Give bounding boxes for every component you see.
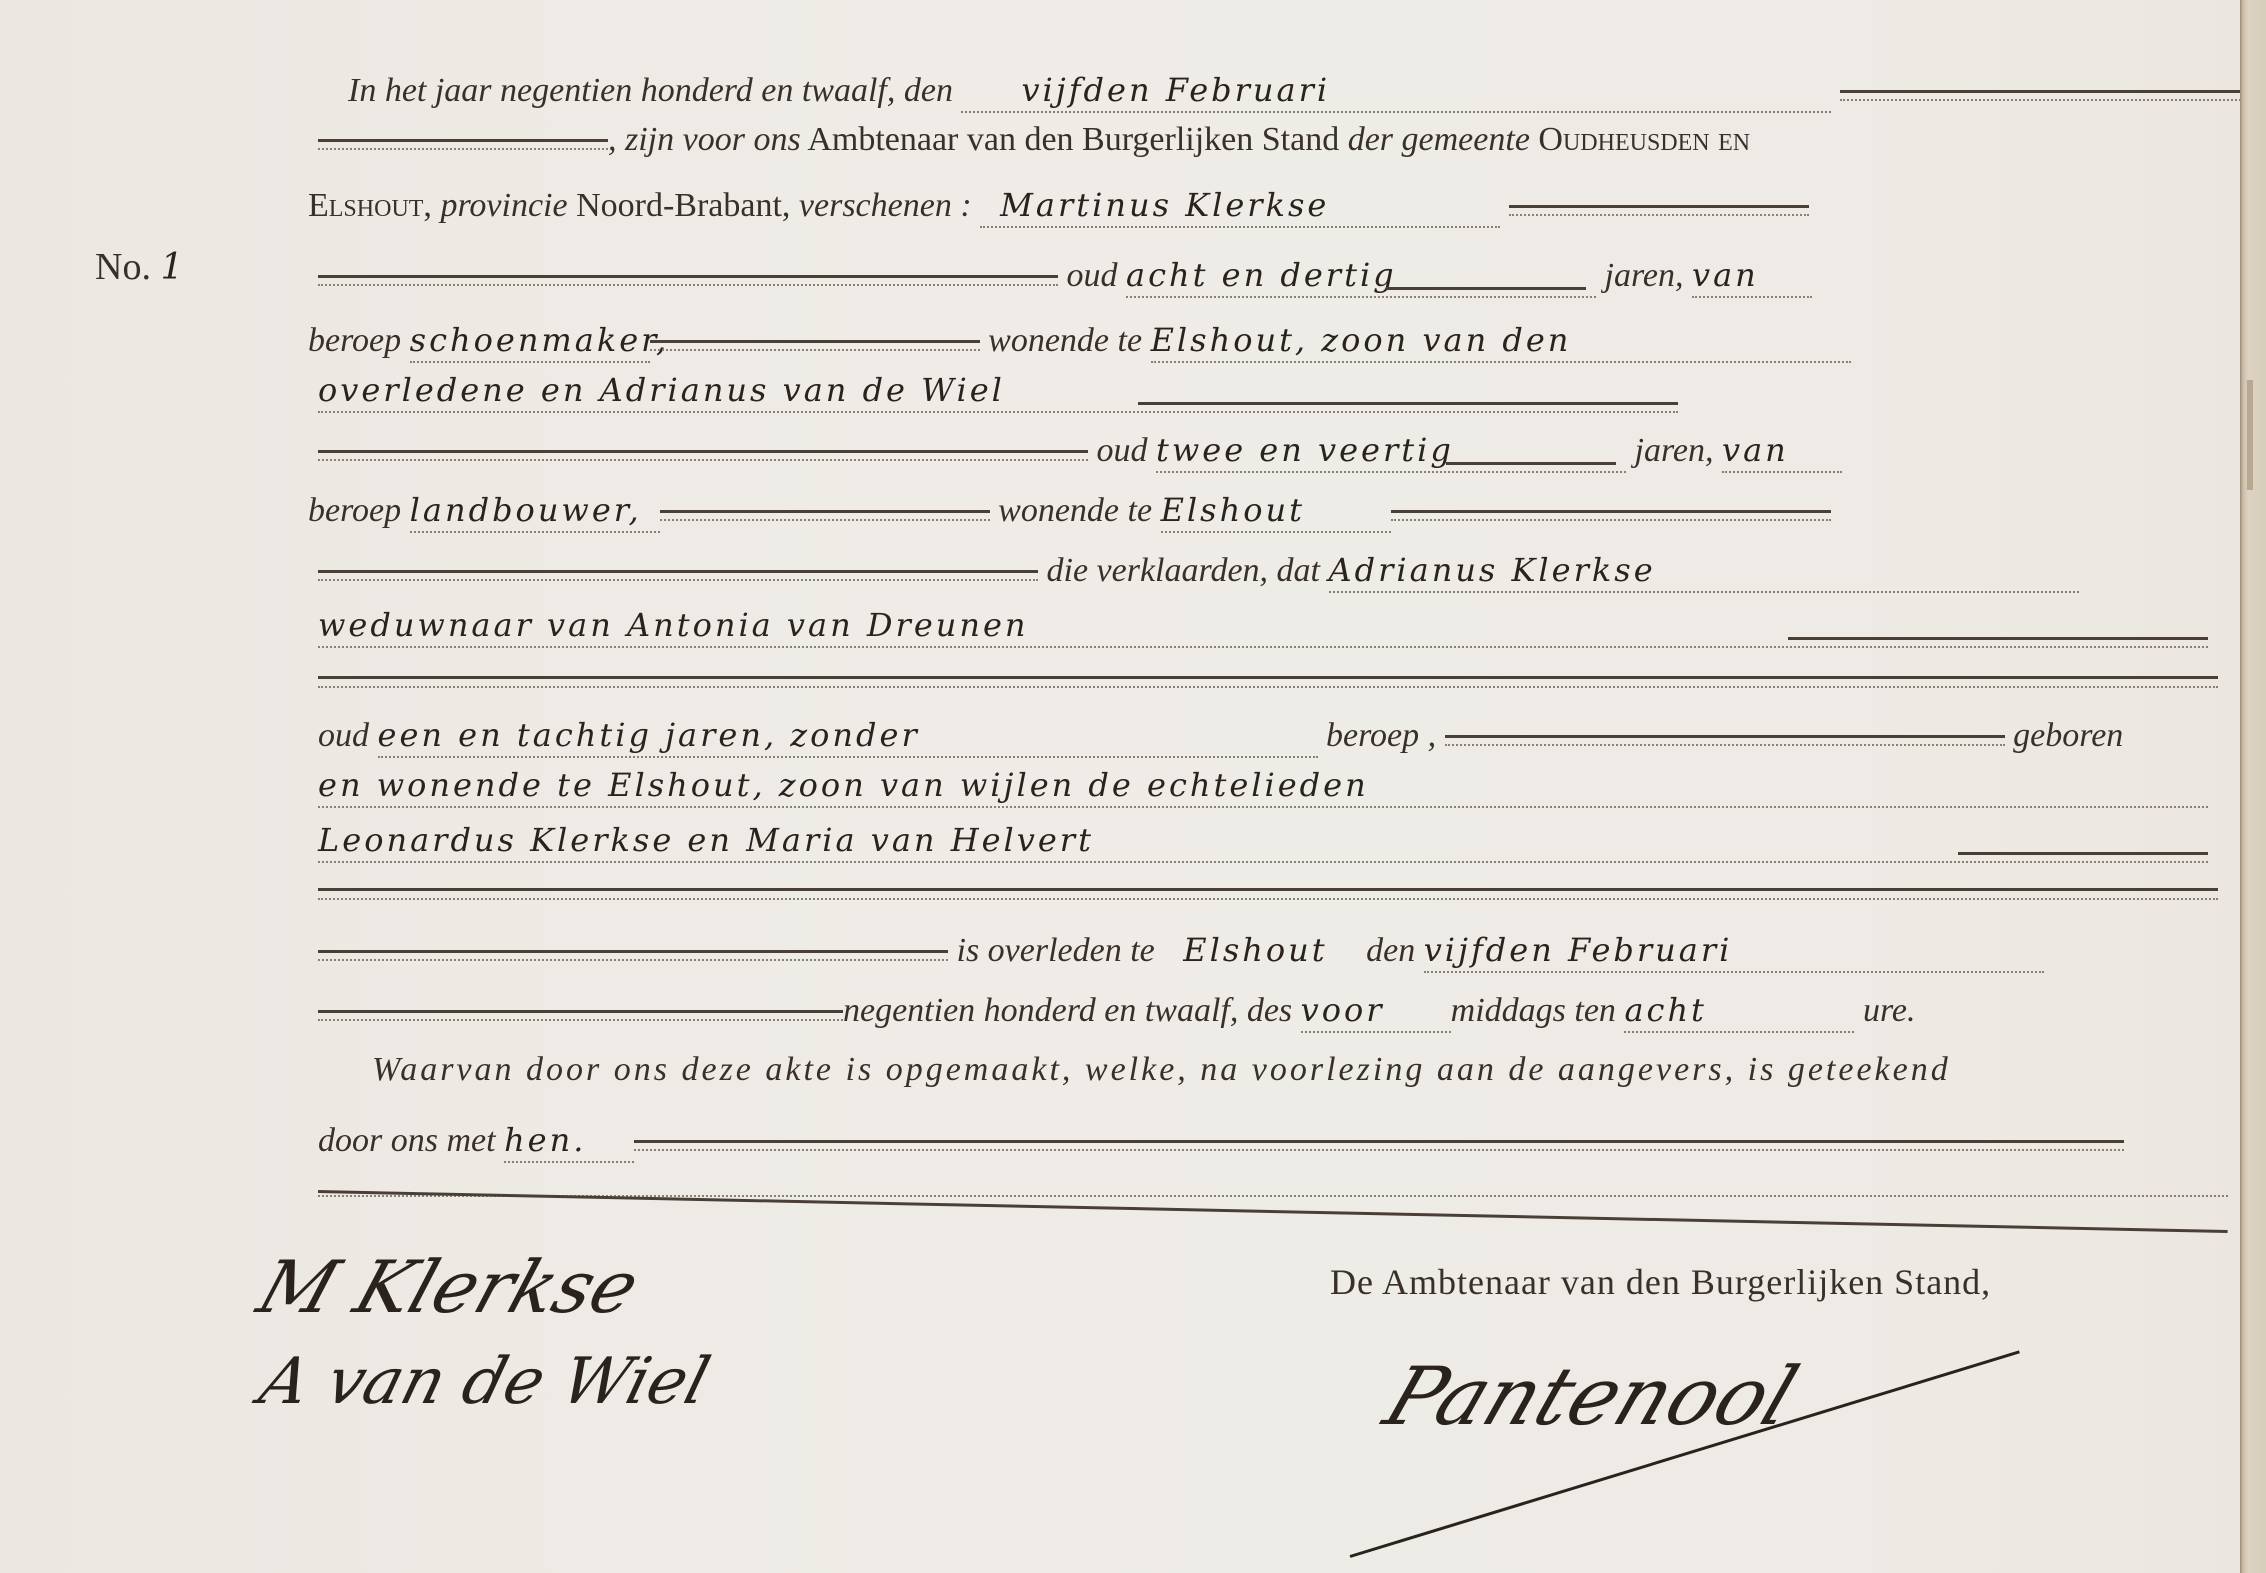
printed-text: jaren, — [1605, 257, 1684, 294]
handwritten-text: en wonende te Elshout, zoon van wijlen d… — [318, 766, 1369, 804]
handwritten-residence: Elshout, zoon van den — [1151, 321, 1572, 359]
official-signature: Pantenool — [1373, 1350, 1809, 1443]
handwritten-occupation: schoenmaker, — [410, 321, 669, 359]
printed-text: negentien honderd en twaalf, des — [843, 992, 1292, 1029]
document-page: No. 1 In het jaar negentien honderd en t… — [0, 0, 2240, 1573]
printed-text: jaren, — [1635, 432, 1714, 469]
printed-text: beroep , — [1326, 717, 1436, 754]
printed-text: Waarvan door ons deze akte is opgemaakt,… — [372, 1051, 1951, 1088]
birthplace-parents-field: en wonende te Elshout, zoon van wijlen d… — [318, 765, 2208, 808]
line-14: is overleden te Elshout den vijfden Febr… — [318, 930, 2044, 973]
handwritten-date: vijfden Februari — [961, 71, 1330, 109]
printed-text: den — [1366, 932, 1415, 969]
municipality-name: Oudheusden en — [1538, 121, 1750, 158]
filler-dash — [1958, 839, 2208, 861]
line-15: negentien honderd en twaalf, des voor mi… — [318, 990, 1916, 1033]
printed-text: In het jaar negentien honderd en twaalf,… — [348, 72, 953, 109]
province-name: Noord-Brabant, — [576, 187, 790, 224]
time-of-day-field: voor — [1301, 990, 1451, 1033]
van-field: van — [1722, 430, 1842, 473]
printed-text: verschenen : — [799, 187, 972, 224]
printed-text: oud — [1067, 257, 1118, 294]
informant-1-name-field: Martinus Klerkse — [980, 185, 1500, 228]
printed-text: oud — [318, 717, 369, 754]
filler-dash — [1138, 389, 1678, 411]
age-field: acht en dertig — [1126, 255, 1596, 298]
filler-dash — [1509, 192, 1809, 216]
line-17: door ons met hen. — [318, 1120, 2124, 1163]
handwritten-age: acht en dertig — [1126, 256, 1397, 294]
handwritten-parents: Leonardus Klerkse en Maria van Helvert — [318, 821, 1094, 859]
handwritten-deceased-name: Adrianus Klerkse — [1329, 551, 1656, 589]
record-number-value: 1 — [160, 247, 183, 288]
line-1: In het jaar negentien honderd en twaalf,… — [348, 70, 2260, 113]
line-8: beroep landbouwer, wonende te Elshout — [308, 490, 1831, 533]
line-7: oud twee en veertig jaren, van — [318, 430, 1842, 473]
deceased-age-field: een en tachtig jaren, zonder — [378, 715, 1318, 758]
deceased-name-field: Adrianus Klerkse — [1329, 550, 2079, 593]
filler-dash — [650, 327, 980, 351]
line-5: beroep schoenmaker, wonende te Elshout, … — [308, 320, 1851, 363]
printed-text: is overleden te — [957, 932, 1155, 969]
witness-signature-1: M Klerkse — [248, 1245, 649, 1329]
handwritten-death-date: vijfden Februari — [1424, 931, 1733, 969]
handwritten-spouse: weduwnaar van Antonia van Dreunen — [318, 606, 1029, 644]
handwritten-voor: voor — [1301, 991, 1385, 1029]
line-6: overledene en Adrianus van de Wiel — [318, 370, 1678, 413]
printed-text: provincie — [440, 187, 567, 224]
handwritten-residence: Elshout — [1161, 491, 1305, 529]
filler-dash — [1445, 722, 2005, 746]
printed-text: oud — [1097, 432, 1148, 469]
blank-rule-dotted — [318, 898, 2218, 900]
page-edge-notch — [2247, 380, 2253, 490]
printed-text: der gemeente — [1348, 121, 1530, 158]
printed-text: wonende te — [988, 322, 1142, 359]
handwritten-text: hen. — [504, 1121, 586, 1159]
record-number-label: No. — [95, 246, 151, 288]
filler-dash — [660, 497, 990, 521]
printed-text: wonende te — [998, 492, 1152, 529]
printed-text: beroep — [308, 322, 401, 359]
filler-dash — [318, 937, 948, 961]
line-9: die verklaarden, dat Adrianus Klerkse — [318, 550, 2079, 593]
filler-dash — [318, 262, 1058, 286]
filler-dash — [634, 1127, 2124, 1151]
filler-dash — [1446, 449, 1616, 471]
filler-dash — [318, 997, 843, 1021]
hour-field: acht — [1624, 990, 1854, 1033]
filler-dash — [318, 437, 1088, 461]
filler-dash — [1788, 624, 2208, 646]
line-3: Elshout, provincie Noord-Brabant, versch… — [308, 185, 1809, 228]
handwritten-text: van — [1692, 256, 1759, 294]
age-field: twee en veertig — [1156, 430, 1626, 473]
line-4: oud acht en dertig jaren, van — [318, 255, 1812, 298]
municipality-name: Elshout, — [308, 187, 432, 224]
handwritten-occupation: landbouwer, — [410, 491, 642, 529]
handwritten-hour: acht — [1624, 991, 1706, 1029]
signed-with-field: hen. — [504, 1120, 634, 1163]
printed-text: ure. — [1863, 992, 1916, 1029]
death-date-field: vijfden Februari — [1424, 930, 2044, 973]
printed-text: beroep — [308, 492, 401, 529]
line-10: weduwnaar van Antonia van Dreunen — [318, 605, 2208, 648]
handwritten-name: Martinus Klerkse — [980, 186, 1329, 224]
parents-names-field: Leonardus Klerkse en Maria van Helvert — [318, 820, 2208, 863]
line-13: Leonardus Klerkse en Maria van Helvert — [318, 820, 2208, 863]
blank-rule-dotted — [318, 686, 2218, 688]
filler-dash — [318, 126, 608, 150]
occupation-field: landbouwer, — [410, 490, 660, 533]
filler-dash — [1840, 77, 2260, 101]
handwritten-text: van — [1722, 431, 1789, 469]
printed-text: , zijn voor ons — [608, 121, 801, 158]
filler-dash — [1386, 274, 1586, 296]
handwritten-age: een en tachtig jaren, zonder — [378, 716, 920, 754]
spouse-field: weduwnaar van Antonia van Dreunen — [318, 605, 2208, 648]
line-2: , zijn voor ons Ambtenaar van den Burger… — [318, 120, 1750, 160]
printed-text: die verklaarden, dat — [1047, 552, 1321, 589]
filler-dash — [318, 557, 1038, 581]
handwritten-age: twee en veertig — [1156, 431, 1454, 469]
printed-text: middags ten — [1451, 992, 1616, 1029]
handwritten-place-of-death: Elshout — [1183, 931, 1327, 969]
blank-rule — [318, 888, 2218, 891]
residence-field: Elshout, zoon van den — [1151, 320, 1851, 363]
van-field: van — [1692, 255, 1812, 298]
printed-text: geboren — [2013, 717, 2123, 754]
witness-signature-2: A van de Wiel — [252, 1345, 717, 1419]
printed-title: Ambtenaar van den Burgerlijken Stand — [807, 121, 1339, 158]
blank-rule — [318, 676, 2218, 679]
informant-2-field: overledene en Adrianus van de Wiel — [318, 370, 1678, 413]
date-field: vijfden Februari — [961, 70, 1831, 113]
occupation-field: schoenmaker, — [410, 320, 650, 363]
record-number: No. 1 — [95, 245, 183, 289]
line-12: en wonende te Elshout, zoon van wijlen d… — [318, 765, 2208, 808]
page-edge — [2240, 0, 2266, 1573]
handwritten-name: overledene en Adrianus van de Wiel — [318, 371, 1005, 409]
filler-dash — [1391, 497, 1831, 521]
printed-text: door ons met — [318, 1122, 496, 1159]
line-11: oud een en tachtig jaren, zonder beroep … — [318, 715, 2123, 758]
official-title: De Ambtenaar van den Burgerlijken Stand, — [1330, 1262, 1991, 1302]
residence-field: Elshout — [1161, 490, 1391, 533]
line-16: Waarvan door ons deze akte is opgemaakt,… — [372, 1050, 1951, 1090]
